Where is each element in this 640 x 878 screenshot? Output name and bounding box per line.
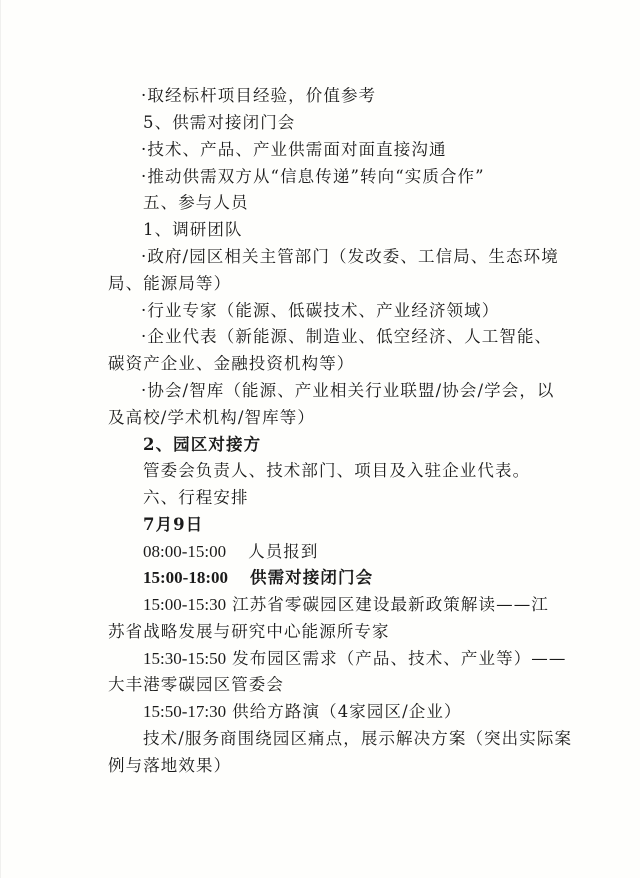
roadshow-description-cont: 例与落地效果） <box>108 753 548 779</box>
schedule-time: 15:00-18:00 <box>143 568 228 587</box>
schedule-time: 08:00-15:00 <box>143 542 226 561</box>
schedule-activity: 江苏省零碳园区建设最新政策解读——江 <box>232 595 549 614</box>
bullet-industry-experts: ·行业专家（能源、低碳技术、产业经济领域） <box>141 298 581 324</box>
schedule-row-supplier-roadshow: 15:50-17:30供给方路演（4家园区/企业） <box>143 699 583 725</box>
bullet-associations-thinktanks: ·协会/智库（能源、产业相关行业联盟/协会/学会，以 <box>141 378 581 404</box>
bullet-benchmark-experience: ·取经标杆项目经验，价值参考 <box>141 83 581 109</box>
document-page: ·取经标杆项目经验，价值参考 5、供需对接闭门会 ·技术、产品、产业供需面对面直… <box>0 0 640 878</box>
bullet-enterprise-reps-cont: 碳资产企业、金融投资机构等） <box>108 351 548 377</box>
schedule-date: 7月9日 <box>143 512 583 538</box>
schedule-activity: 人员报到 <box>248 542 318 561</box>
schedule-activity: 供给方路演（4家园区/企业） <box>232 702 461 721</box>
bullet-government-departments: ·政府/园区相关主管部门（发改委、工信局、生态环境 <box>141 244 581 270</box>
park-counterpart-description: 管委会负责人、技术部门、项目及入驻企业代表。 <box>143 458 583 484</box>
schedule-time: 15:00-15:30 <box>143 595 226 614</box>
schedule-row-park-demands-cont: 大丰港零碳园区管委会 <box>108 672 548 698</box>
schedule-row-policy-briefing-cont: 苏省战略发展与研究中心能源所专家 <box>108 619 548 645</box>
schedule-row-policy-briefing: 15:00-15:30江苏省零碳园区建设最新政策解读——江 <box>143 592 583 618</box>
roadshow-description: 技术/服务商围绕园区痛点，展示解决方案（突出实际案 <box>143 726 583 752</box>
schedule-row-park-demands: 15:30-15:50发布园区需求（产品、技术、产业等）—— <box>143 646 583 672</box>
schedule-activity: 发布园区需求（产品、技术、产业等）—— <box>232 649 566 668</box>
schedule-time: 15:50-17:30 <box>143 702 226 721</box>
section-5-participants-heading: 五、参与人员 <box>143 190 583 216</box>
section-6-schedule-heading: 六、行程安排 <box>143 485 583 511</box>
item-1-research-team: 1、调研团队 <box>143 217 583 243</box>
bullet-associations-thinktanks-cont: 及高校/学术机构/智库等） <box>108 405 548 431</box>
item-2-park-counterpart: 2、园区对接方 <box>143 432 583 458</box>
bullet-face-to-face: ·技术、产品、产业供需面对面直接沟通 <box>141 137 581 163</box>
schedule-time: 15:30-15:50 <box>143 649 226 668</box>
bullet-government-departments-cont: 局、能源局等） <box>108 271 548 297</box>
schedule-activity: 供需对接闭门会 <box>250 568 373 587</box>
bullet-enterprise-reps: ·企业代表（新能源、制造业、低空经济、人工智能、 <box>141 324 581 350</box>
schedule-row-closed-door-meeting: 15:00-18:00供需对接闭门会 <box>143 565 583 591</box>
item-5-closed-door-meeting: 5、供需对接闭门会 <box>143 110 583 136</box>
bullet-substantive-cooperation: ·推动供需双方从“信息传递”转向“实质合作” <box>141 164 581 190</box>
schedule-row-registration: 08:00-15:00人员报到 <box>143 539 583 565</box>
